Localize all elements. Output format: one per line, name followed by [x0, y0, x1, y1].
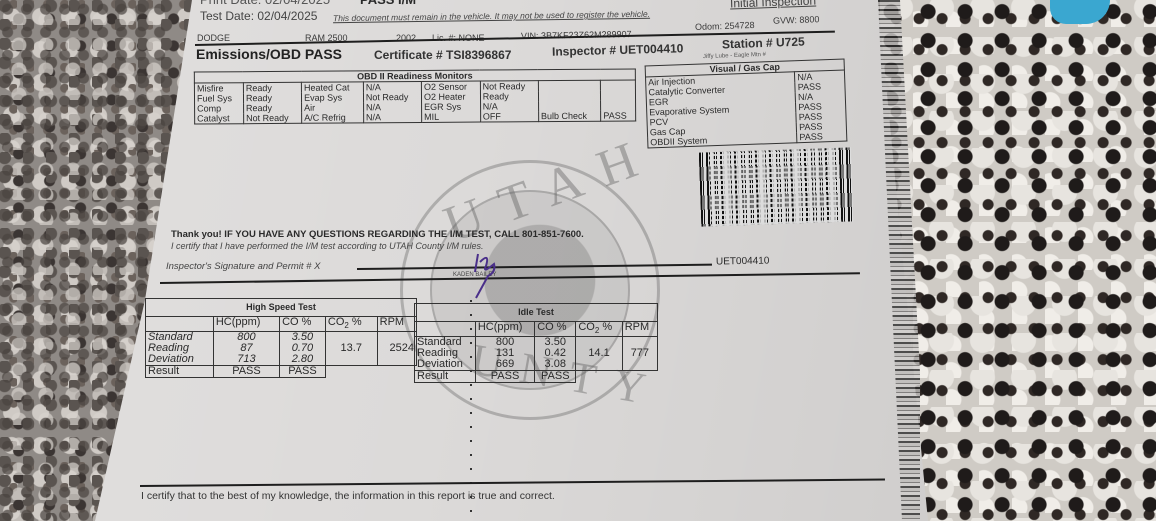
- row-label-deviation: Deviation: [417, 359, 473, 370]
- visual-item-value: PASS: [797, 131, 847, 143]
- obd-cell: N/A: [363, 112, 421, 123]
- hc-header: HC(ppm): [475, 322, 534, 337]
- certificate-document: UTAH UNTY Print Date: 02/04/2025 PASS I/…: [0, 0, 1156, 521]
- co2-reading: 13.7: [325, 332, 377, 366]
- high-speed-test-table: High Speed Test HC(ppm) CO % CO2 % RPM S…: [145, 298, 417, 378]
- vehicle-odometer: Odom: 254728: [695, 20, 755, 32]
- rpm-header: RPM: [377, 317, 416, 332]
- obd-cell: PASS: [601, 110, 636, 121]
- idle-title: Idle Test: [415, 304, 658, 322]
- vehicle-gvw: GVW: 8800: [773, 14, 820, 26]
- co-result: PASS: [535, 371, 576, 383]
- obd-cell: Ready: [243, 82, 301, 93]
- obd-cell: Fuel Sys: [194, 93, 243, 103]
- obd-cell: A/C Refrig: [302, 112, 364, 123]
- print-date: Print Date: 02/04/2025: [200, 0, 330, 7]
- co-header: CO %: [535, 322, 576, 337]
- obd-cell: Not Ready: [244, 113, 302, 124]
- obd-cell: N/A: [363, 81, 421, 92]
- co-header: CO %: [280, 317, 326, 332]
- status-heading: PASS I/M: [360, 0, 416, 7]
- empty-cell: [576, 371, 622, 383]
- obd-cell: [601, 90, 636, 100]
- obd-cell: [538, 91, 600, 101]
- rpm-reading: 777: [622, 337, 657, 371]
- obd-cell: Misfire: [194, 83, 243, 94]
- result-label: Result: [415, 371, 476, 383]
- obd-cell: Not Ready: [480, 81, 538, 92]
- idle-test-table: Idle Test HC(ppm) CO % CO2 % RPM Standar…: [414, 303, 658, 383]
- blank-header: [146, 317, 214, 332]
- obd-cell: Ready: [243, 93, 301, 103]
- obd-readiness-table: OBD II Readiness Monitors Misfire Ready …: [194, 68, 636, 124]
- station-number: Station # U725: [722, 35, 805, 52]
- blank-header: [415, 322, 476, 337]
- result-label: Result: [146, 366, 214, 378]
- obd-cell: [538, 101, 600, 111]
- obd-cell: Comp: [195, 103, 244, 113]
- obd-cell: Ready: [480, 91, 538, 101]
- test-date: Test Date: 02/04/2025: [200, 9, 317, 23]
- inspection-type: Initial Inspection: [730, 0, 816, 10]
- co2-header: CO2 %: [325, 317, 377, 332]
- inspector-number: Inspector # UET004410: [552, 41, 684, 58]
- obd-cell: [538, 80, 600, 91]
- co-result: PASS: [280, 366, 326, 378]
- rpm-header: RPM: [622, 322, 657, 337]
- co2-header: CO2 %: [576, 322, 622, 337]
- obd-cell: Ready: [243, 103, 301, 113]
- obd-cell: Bulb Check: [538, 111, 600, 122]
- hc-result: PASS: [213, 366, 279, 378]
- row-label-deviation: Deviation: [148, 354, 211, 365]
- co-deviation: 2.80: [282, 354, 323, 365]
- rpm-reading: 2524: [377, 332, 416, 366]
- obd-cell: Heated Cat: [301, 82, 363, 93]
- empty-cell: [622, 371, 657, 383]
- obd-cell: O2 Heater: [421, 92, 480, 102]
- obd-cell: O2 Sensor: [421, 81, 480, 92]
- obd-cell: Evap Sys: [302, 92, 364, 102]
- vehicle-notice: This document must remain in the vehicle…: [333, 9, 650, 23]
- obd-cell: N/A: [480, 101, 538, 111]
- pdf417-barcode: [699, 147, 853, 226]
- obd-cell: Air: [302, 102, 364, 112]
- co2-reading: 14.1: [576, 337, 622, 371]
- visual-gas-cap-table: Visual / Gas Cap Air InjectionN/A Cataly…: [645, 59, 848, 149]
- obd-cell: [601, 100, 636, 110]
- inspector-signature: [472, 252, 502, 300]
- inspector-certification: I certify that I have performed the I/M …: [171, 241, 483, 251]
- station-name: Jiffy Lube - Eagle Mtn #: [703, 52, 766, 60]
- signature-label: Inspector's Signature and Permit # X: [166, 261, 320, 272]
- co-deviation: 3.08: [537, 359, 573, 370]
- emissions-result-title: Emissions/OBD PASS: [196, 46, 342, 62]
- certificate-number: Certificate # TSI8396867: [374, 48, 511, 62]
- obd-cell: [601, 80, 636, 91]
- hc-header: HC(ppm): [213, 317, 279, 332]
- contact-thanks: Thank you! IF YOU HAVE ANY QUESTIONS REG…: [171, 229, 584, 240]
- empty-cell: [325, 366, 377, 378]
- high-speed-title: High Speed Test: [146, 299, 417, 317]
- footer-certification: I certify that to the best of my knowled…: [141, 490, 555, 502]
- obd-cell: Not Ready: [363, 92, 421, 102]
- obd-cell: N/A: [363, 102, 421, 112]
- hc-result: PASS: [475, 371, 534, 383]
- hc-deviation: 713: [216, 354, 277, 365]
- permit-number: UET004410: [716, 256, 770, 268]
- hc-deviation: 669: [478, 359, 532, 370]
- obd-cell: EGR Sys: [422, 102, 481, 112]
- obd-cell: Catalyst: [195, 113, 244, 124]
- obd-cell: MIL: [422, 112, 481, 123]
- footer-divider: [140, 478, 885, 487]
- obd-cell: OFF: [480, 111, 538, 122]
- vehicle-make: DODGE: [197, 33, 230, 43]
- empty-cell: [377, 366, 416, 378]
